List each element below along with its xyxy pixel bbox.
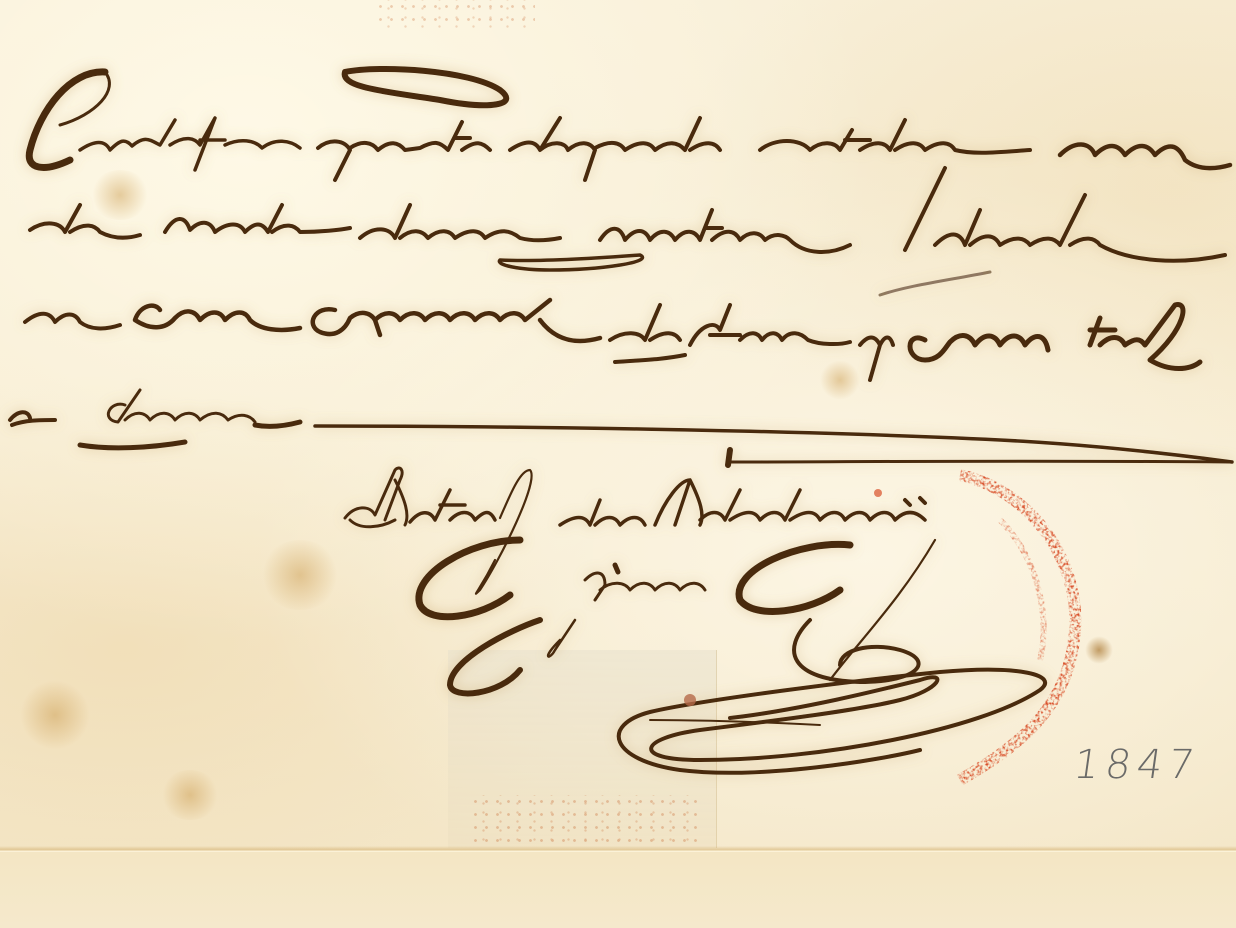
pencil-year-annotation: 1847 (1071, 742, 1203, 788)
handwriting-ink (0, 0, 1236, 928)
red-stamp-arc (960, 475, 1075, 780)
document-page: Certifico que este despacho contiene acu… (0, 0, 1236, 928)
